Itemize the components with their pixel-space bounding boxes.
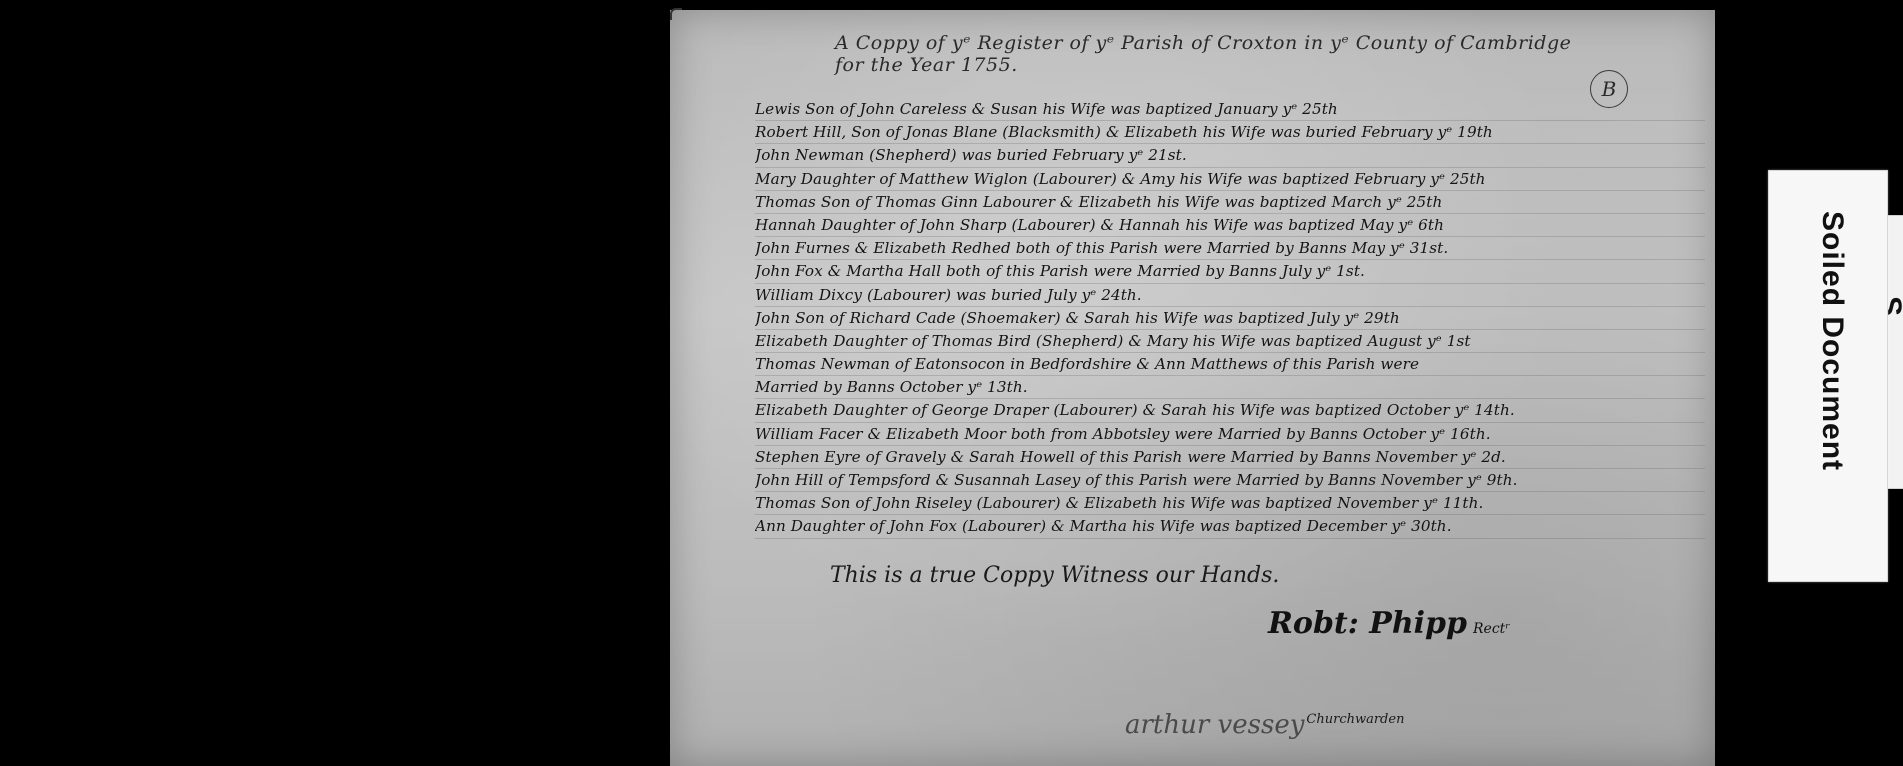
- churchwarden-signature: arthur vesseyChurchwarden: [1125, 710, 1404, 740]
- archive-label-card: Soiled Document: [1768, 170, 1888, 582]
- sheet-folded-corner: [670, 8, 682, 20]
- register-entry: John Hill of Tempsford & Susannah Lasey …: [755, 469, 1705, 492]
- churchwarden-role: Churchwarden: [1306, 712, 1404, 727]
- register-entry: Elizabeth Daughter of Thomas Bird (Sheph…: [755, 330, 1705, 353]
- scan-viewport: A Coppy of yᵉ Register of yᵉ Parish of C…: [0, 0, 1903, 766]
- churchwarden-name: arthur vessey: [1125, 710, 1304, 740]
- rector-role: Rectʳ: [1473, 621, 1510, 637]
- register-entry: Hannah Daughter of John Sharp (Labourer)…: [755, 214, 1705, 237]
- rector-name: Robt: Phipp: [1268, 606, 1467, 641]
- heading-line-1: A Coppy of yᵉ Register of yᵉ Parish of C…: [835, 32, 1571, 54]
- register-entry: Thomas Son of John Riseley (Labourer) & …: [755, 492, 1705, 515]
- register-entry: John Furnes & Elizabeth Redhed both of t…: [755, 237, 1705, 260]
- register-entry: Mary Daughter of Matthew Wiglon (Laboure…: [755, 168, 1705, 191]
- register-entry: Thomas Newman of Eatonsocon in Bedfordsh…: [755, 353, 1705, 376]
- register-entry: John Newman (Shepherd) was buried Februa…: [755, 144, 1705, 167]
- register-entry: Stephen Eyre of Gravely & Sarah Howell o…: [755, 446, 1705, 469]
- register-entry: Married by Banns October yᵉ 13th.: [755, 376, 1705, 399]
- register-entry: William Dixcy (Labourer) was buried July…: [755, 284, 1705, 307]
- heading-line-2: for the Year 1755.: [835, 54, 1571, 76]
- register-heading: A Coppy of yᵉ Register of yᵉ Parish of C…: [835, 32, 1571, 76]
- register-entry: Ann Daughter of John Fox (Labourer) & Ma…: [755, 515, 1705, 538]
- register-entry: Elizabeth Daughter of George Draper (Lab…: [755, 399, 1705, 422]
- register-entry: William Facer & Elizabeth Moor both from…: [755, 423, 1705, 446]
- attestation-line: This is a true Coppy Witness our Hands.: [830, 563, 1279, 588]
- parish-register-sheet: A Coppy of yᵉ Register of yᵉ Parish of C…: [670, 10, 1715, 766]
- register-entry: Robert Hill, Son of Jonas Blane (Blacksm…: [755, 121, 1705, 144]
- register-entry: John Fox & Martha Hall both of this Pari…: [755, 260, 1705, 283]
- register-entries: Lewis Son of John Careless & Susan his W…: [755, 98, 1705, 539]
- soiled-document-label: Soiled Document: [1815, 211, 1849, 471]
- rector-signature: Robt: PhippRectʳ: [1268, 606, 1510, 641]
- register-entry: Lewis Son of John Careless & Susan his W…: [755, 98, 1705, 121]
- register-entry: Thomas Son of Thomas Ginn Labourer & Eli…: [755, 191, 1705, 214]
- register-entry: John Son of Richard Cade (Shoemaker) & S…: [755, 307, 1705, 330]
